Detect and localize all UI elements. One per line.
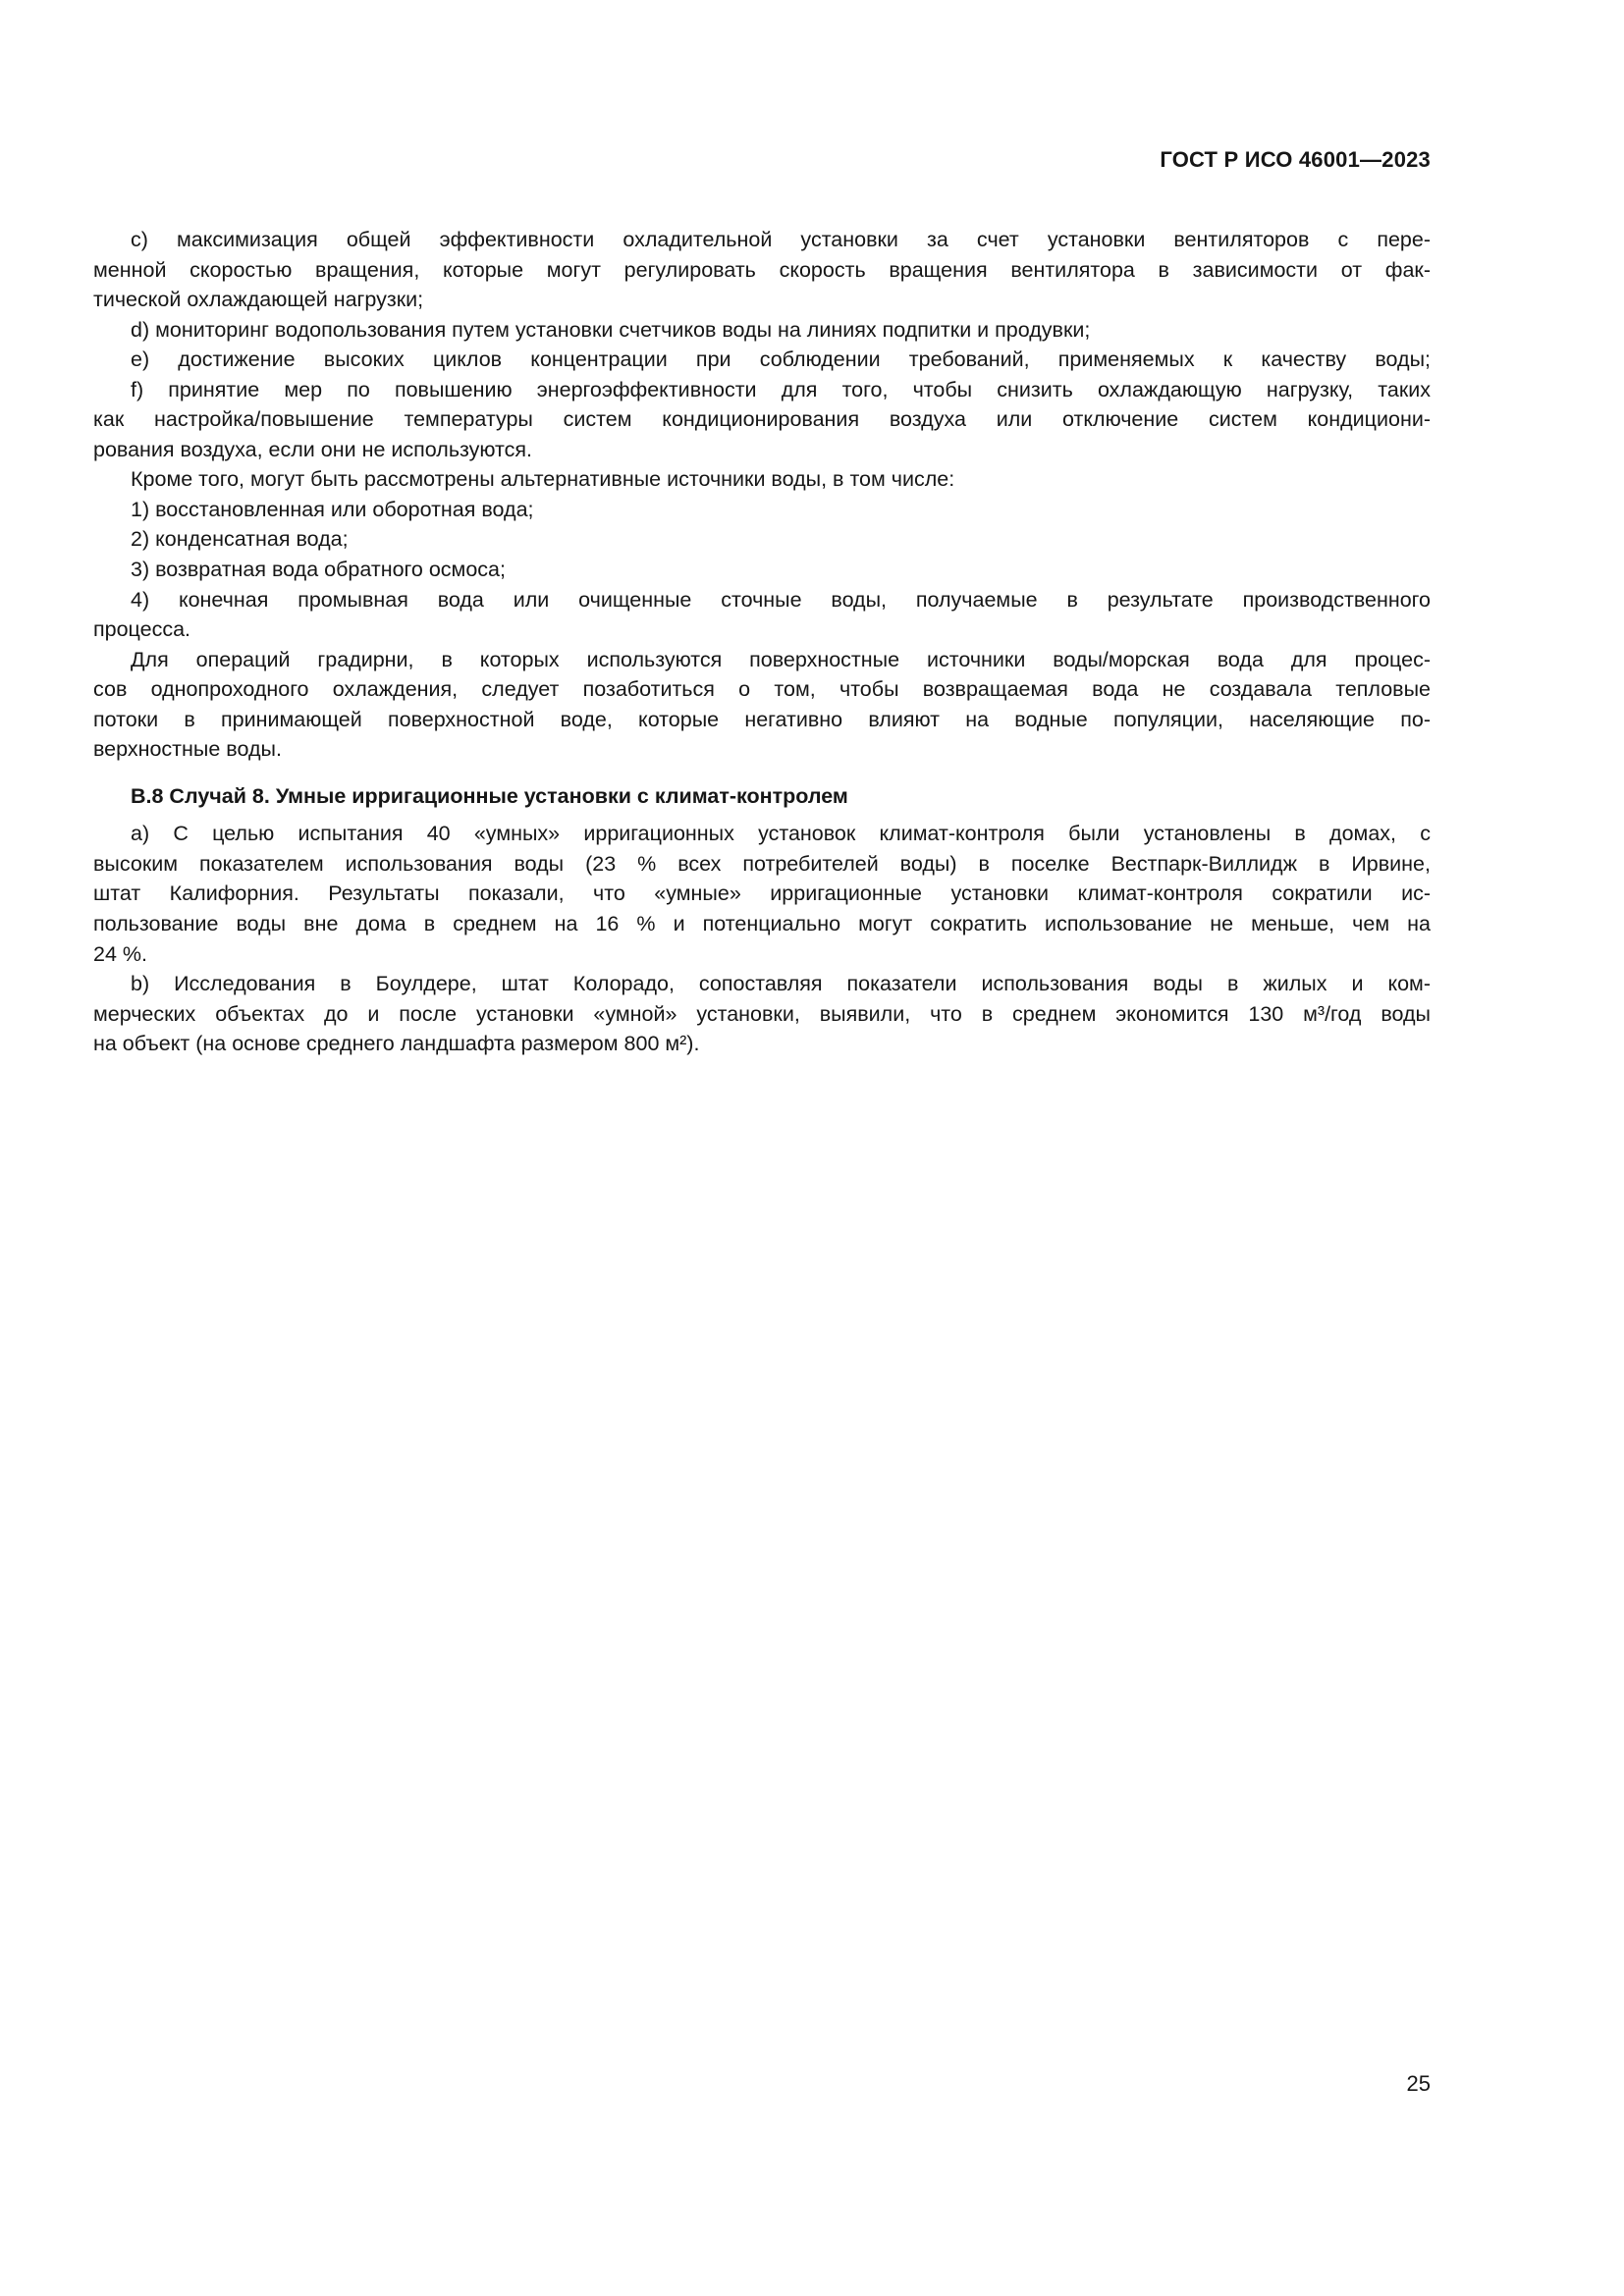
paragraph: b) Исследования в Боулдере, штат Колорад… bbox=[93, 969, 1431, 1059]
paragraph: 1) восстановленная или оборотная вода; bbox=[93, 495, 1431, 525]
text-line: 24 %. bbox=[93, 939, 1431, 970]
text-line: мерческих объектах до и после установки … bbox=[93, 999, 1431, 1030]
text-line: сов однопроходного охлаждения, следует п… bbox=[93, 674, 1431, 705]
text-line: менной скоростью вращения, которые могут… bbox=[93, 255, 1431, 286]
text-line: 4) конечная промывная вода или очищенные… bbox=[93, 585, 1431, 615]
text-line: d) мониторинг водопользования путем уста… bbox=[93, 315, 1431, 346]
text-line: f) принятие мер по повышению энергоэффек… bbox=[93, 375, 1431, 405]
text-line: Кроме того, могут быть рассмотрены альте… bbox=[93, 464, 1431, 495]
paragraph: 2) конденсатная вода; bbox=[93, 524, 1431, 555]
document-content: c) максимизация общей эффективности охла… bbox=[93, 225, 1431, 1059]
paragraph: c) максимизация общей эффективности охла… bbox=[93, 225, 1431, 315]
paragraph: 3) возвратная вода обратного осмоса; bbox=[93, 555, 1431, 585]
text-line: 3) возвратная вода обратного осмоса; bbox=[93, 555, 1431, 585]
text-line: пользование воды вне дома в среднем на 1… bbox=[93, 909, 1431, 939]
paragraph: e) достижение высоких циклов концентраци… bbox=[93, 345, 1431, 375]
text-line: верхностные воды. bbox=[93, 734, 1431, 765]
text-line: штат Калифорния. Результаты показали, чт… bbox=[93, 879, 1431, 909]
text-line: как настройка/повышение температуры сист… bbox=[93, 404, 1431, 435]
text-line: потоки в принимающей поверхностной воде,… bbox=[93, 705, 1431, 735]
paragraph: f) принятие мер по повышению энергоэффек… bbox=[93, 375, 1431, 465]
text-line: процесса. bbox=[93, 614, 1431, 645]
document-header-title: ГОСТ Р ИСО 46001—2023 bbox=[93, 147, 1431, 173]
text-line: Для операций градирни, в которых использ… bbox=[93, 645, 1431, 675]
text-line: 2) конденсатная вода; bbox=[93, 524, 1431, 555]
text-line: c) максимизация общей эффективности охла… bbox=[93, 225, 1431, 255]
page-number: 25 bbox=[93, 2071, 1431, 2097]
paragraph: 4) конечная промывная вода или очищенные… bbox=[93, 585, 1431, 645]
text-line: В.8 Случай 8. Умные ирригационные устано… bbox=[93, 781, 1431, 812]
text-line: на объект (на основе среднего ландшафта … bbox=[93, 1029, 1431, 1059]
paragraph: a) С целью испытания 40 «умных» ирригаци… bbox=[93, 819, 1431, 969]
text-line: высоким показателем использования воды (… bbox=[93, 849, 1431, 880]
document-page: ГОСТ Р ИСО 46001—2023 c) максимизация об… bbox=[0, 0, 1624, 2296]
text-line: рования воздуха, если они не используютс… bbox=[93, 435, 1431, 465]
text-line: e) достижение высоких циклов концентраци… bbox=[93, 345, 1431, 375]
paragraph: d) мониторинг водопользования путем уста… bbox=[93, 315, 1431, 346]
paragraph: Для операций градирни, в которых использ… bbox=[93, 645, 1431, 765]
section-heading: В.8 Случай 8. Умные ирригационные устано… bbox=[93, 781, 1431, 812]
text-line: b) Исследования в Боулдере, штат Колорад… bbox=[93, 969, 1431, 999]
text-line: 1) восстановленная или оборотная вода; bbox=[93, 495, 1431, 525]
paragraph: Кроме того, могут быть рассмотрены альте… bbox=[93, 464, 1431, 495]
text-line: a) С целью испытания 40 «умных» ирригаци… bbox=[93, 819, 1431, 849]
text-line: тической охлаждающей нагрузки; bbox=[93, 285, 1431, 315]
